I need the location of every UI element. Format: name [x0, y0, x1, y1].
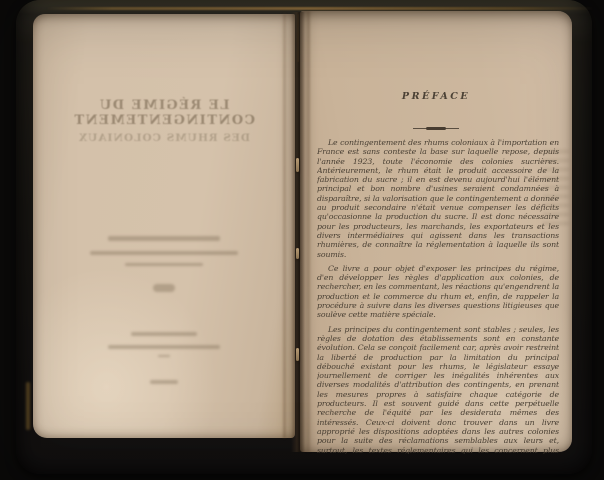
- bleedthrough-imprint-dash: [158, 355, 170, 357]
- binding-stitch: [296, 158, 299, 172]
- bleedthrough-author-subline-2: [125, 263, 203, 266]
- preface-paragraph: Les principes du contingentement sont st…: [317, 325, 559, 454]
- bleedthrough-imprint-press: [108, 345, 220, 349]
- binding-stitch: [296, 348, 299, 361]
- preface-paragraph: Le contingentement des rhums coloniaux à…: [317, 138, 559, 259]
- binding-stitch: [296, 248, 299, 259]
- preface-divider-ornament: [413, 127, 459, 130]
- right-page: PRÉFACE Le contingentement des rhums col…: [300, 11, 572, 452]
- preface-heading: PRÉFACE: [300, 91, 572, 102]
- left-page: LE RÉGIME DU CONTINGENTEMENT DES RHUMS C…: [33, 14, 295, 438]
- cover-left-edge-accent: [26, 382, 30, 430]
- preface-text-block: Le contingentement des rhums coloniaux à…: [317, 138, 559, 454]
- binding-gutter: [291, 12, 305, 452]
- bleedthrough-title-line2: DES RHUMS COLONIAUX: [33, 132, 295, 144]
- bleedthrough-imprint-city: [131, 332, 197, 336]
- binding-thread: [297, 14, 299, 62]
- bleedthrough-title-line1: LE RÉGIME DU CONTINGENTEMENT: [33, 98, 295, 128]
- bleedthrough-ornament: [153, 284, 175, 292]
- scanned-book-spread: { "book": { "left_page": { "bleedthrough…: [0, 0, 604, 480]
- cover-top-edge-highlight: [46, 7, 594, 10]
- bleedthrough-author-subline-1: [90, 251, 238, 255]
- preface-paragraph: Ce livre a pour objet d'exposer les prin…: [317, 264, 559, 320]
- bleedthrough-imprint-year: [150, 380, 178, 384]
- bleedthrough-author-name: [108, 236, 220, 241]
